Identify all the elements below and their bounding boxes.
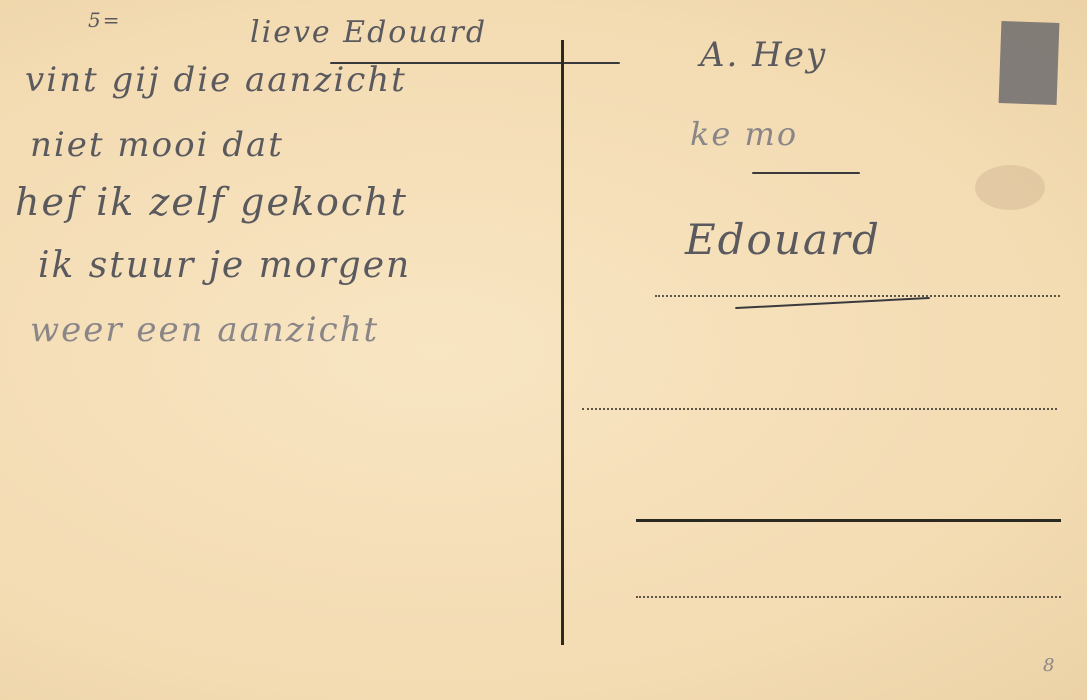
message-line-5: weer een aanzicht [30,310,379,350]
address-dotted-line-1 [655,295,1060,297]
message-line-4: ik stuur je morgen [38,245,411,286]
address-line-2: ke mo [690,115,798,153]
page-number: 5= [88,8,121,32]
address-underline-2 [735,297,930,309]
message-line-1: vint gij die aanzicht [25,60,407,100]
address-line-3: Edouard [685,215,881,264]
salutation: lieve Edouard [250,15,487,50]
stain [975,165,1045,210]
address-underline-1 [752,172,860,174]
address-line-1: A. Hey [700,35,827,75]
center-divider [561,40,564,645]
message-line-3: hef ik zelf gekocht [15,180,408,224]
address-solid-line [636,519,1061,522]
corner-mark: 8 [1043,655,1054,676]
address-dotted-line-3 [636,596,1061,598]
postcard-back: 5= lieve Edouard vint gij die aanzicht n… [0,0,1087,700]
message-line-2: niet mooi dat [30,125,284,165]
stamp-scribble [999,21,1060,105]
address-dotted-line-2 [582,408,1057,410]
